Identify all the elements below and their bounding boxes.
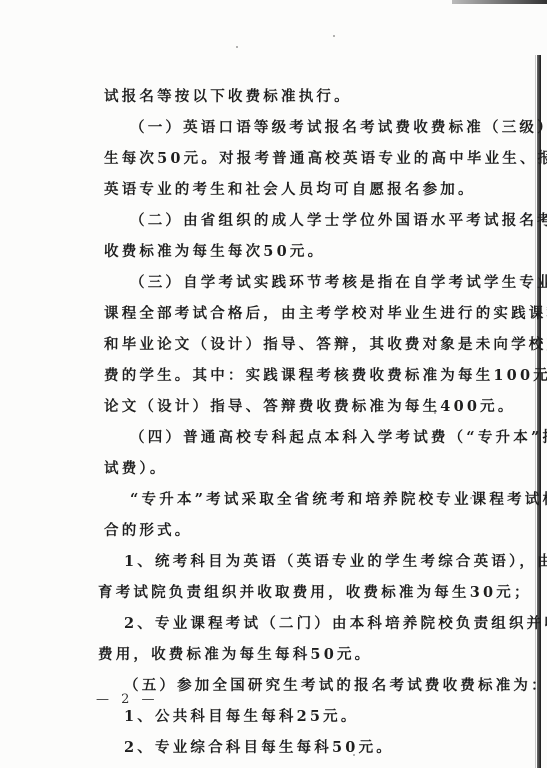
scanned-page: 试报名等按以下收费标准执行。 （一）英语口语等级考试报名考试费收费标准（三级）为… <box>0 0 547 768</box>
page-number: — 2 — <box>96 692 159 707</box>
paragraph-4-heading: （四）普通高校专科起点本科入学考试费（“专升本”报名考 <box>130 429 547 447</box>
scan-speck <box>353 754 355 756</box>
scan-edge-top <box>452 0 547 4</box>
paragraph-1-heading: （一）英语口语等级考试报名考试费收费标准（三级）为每 <box>130 119 547 137</box>
text-line: 收费标准为每生每次50元。 <box>104 243 325 261</box>
text-line: 课程全部考试合格后，由主考学校对毕业生进行的实践课程考核 <box>104 305 547 323</box>
scan-speck <box>333 35 335 37</box>
text-line: “专升本”考试采取全省统考和培养院校专业课程考试相结 <box>130 491 547 509</box>
text-line: 英语专业的考生和社会人员均可自愿报名参加。 <box>104 181 476 199</box>
text-line: 合的形式。 <box>104 522 193 540</box>
text-line: 试费）。 <box>104 460 168 478</box>
text-line: 生每次50元。对报考普通高校英语专业的高中毕业生、报考非 <box>104 150 547 168</box>
list-item: 2、专业课程考试（二门）由本科培养院校负责组织并收取 <box>124 615 547 633</box>
scan-speck <box>470 497 472 499</box>
scan-speck <box>236 46 238 48</box>
text-line: 费用，收费标准为每生每科50元。 <box>98 646 372 664</box>
text-line: 和毕业论文（设计）指导、答辩，其收费对象是未向学校交纳学 <box>104 336 547 354</box>
paragraph-5-heading: （五）参加全国研究生考试的报名考试费收费标准为： <box>124 677 547 695</box>
paragraph-3-heading: （三）自学考试实践环节考核是指在自学考试学生专业计划 <box>130 274 547 292</box>
text-line: 试报名等按以下收费标准执行。 <box>104 88 352 106</box>
text-line: 费的学生。其中：实践课程考核费收费标准为每生100元。毕业 <box>104 367 547 385</box>
text-line: 论文（设计）指导、答辩费收费标准为每生400元。 <box>104 398 516 416</box>
text-line: 育考试院负责组织并收取费用，收费标准为每生30元； <box>98 584 532 602</box>
list-item: 1、统考科目为英语（英语专业的学生考综合英语），由省教 <box>124 553 547 571</box>
scan-speck <box>434 412 436 414</box>
paragraph-2-heading: （二）由省组织的成人学士学位外国语水平考试报名考试费 <box>130 212 547 230</box>
list-item: 1、公共科目每生每科25元。 <box>124 708 359 726</box>
